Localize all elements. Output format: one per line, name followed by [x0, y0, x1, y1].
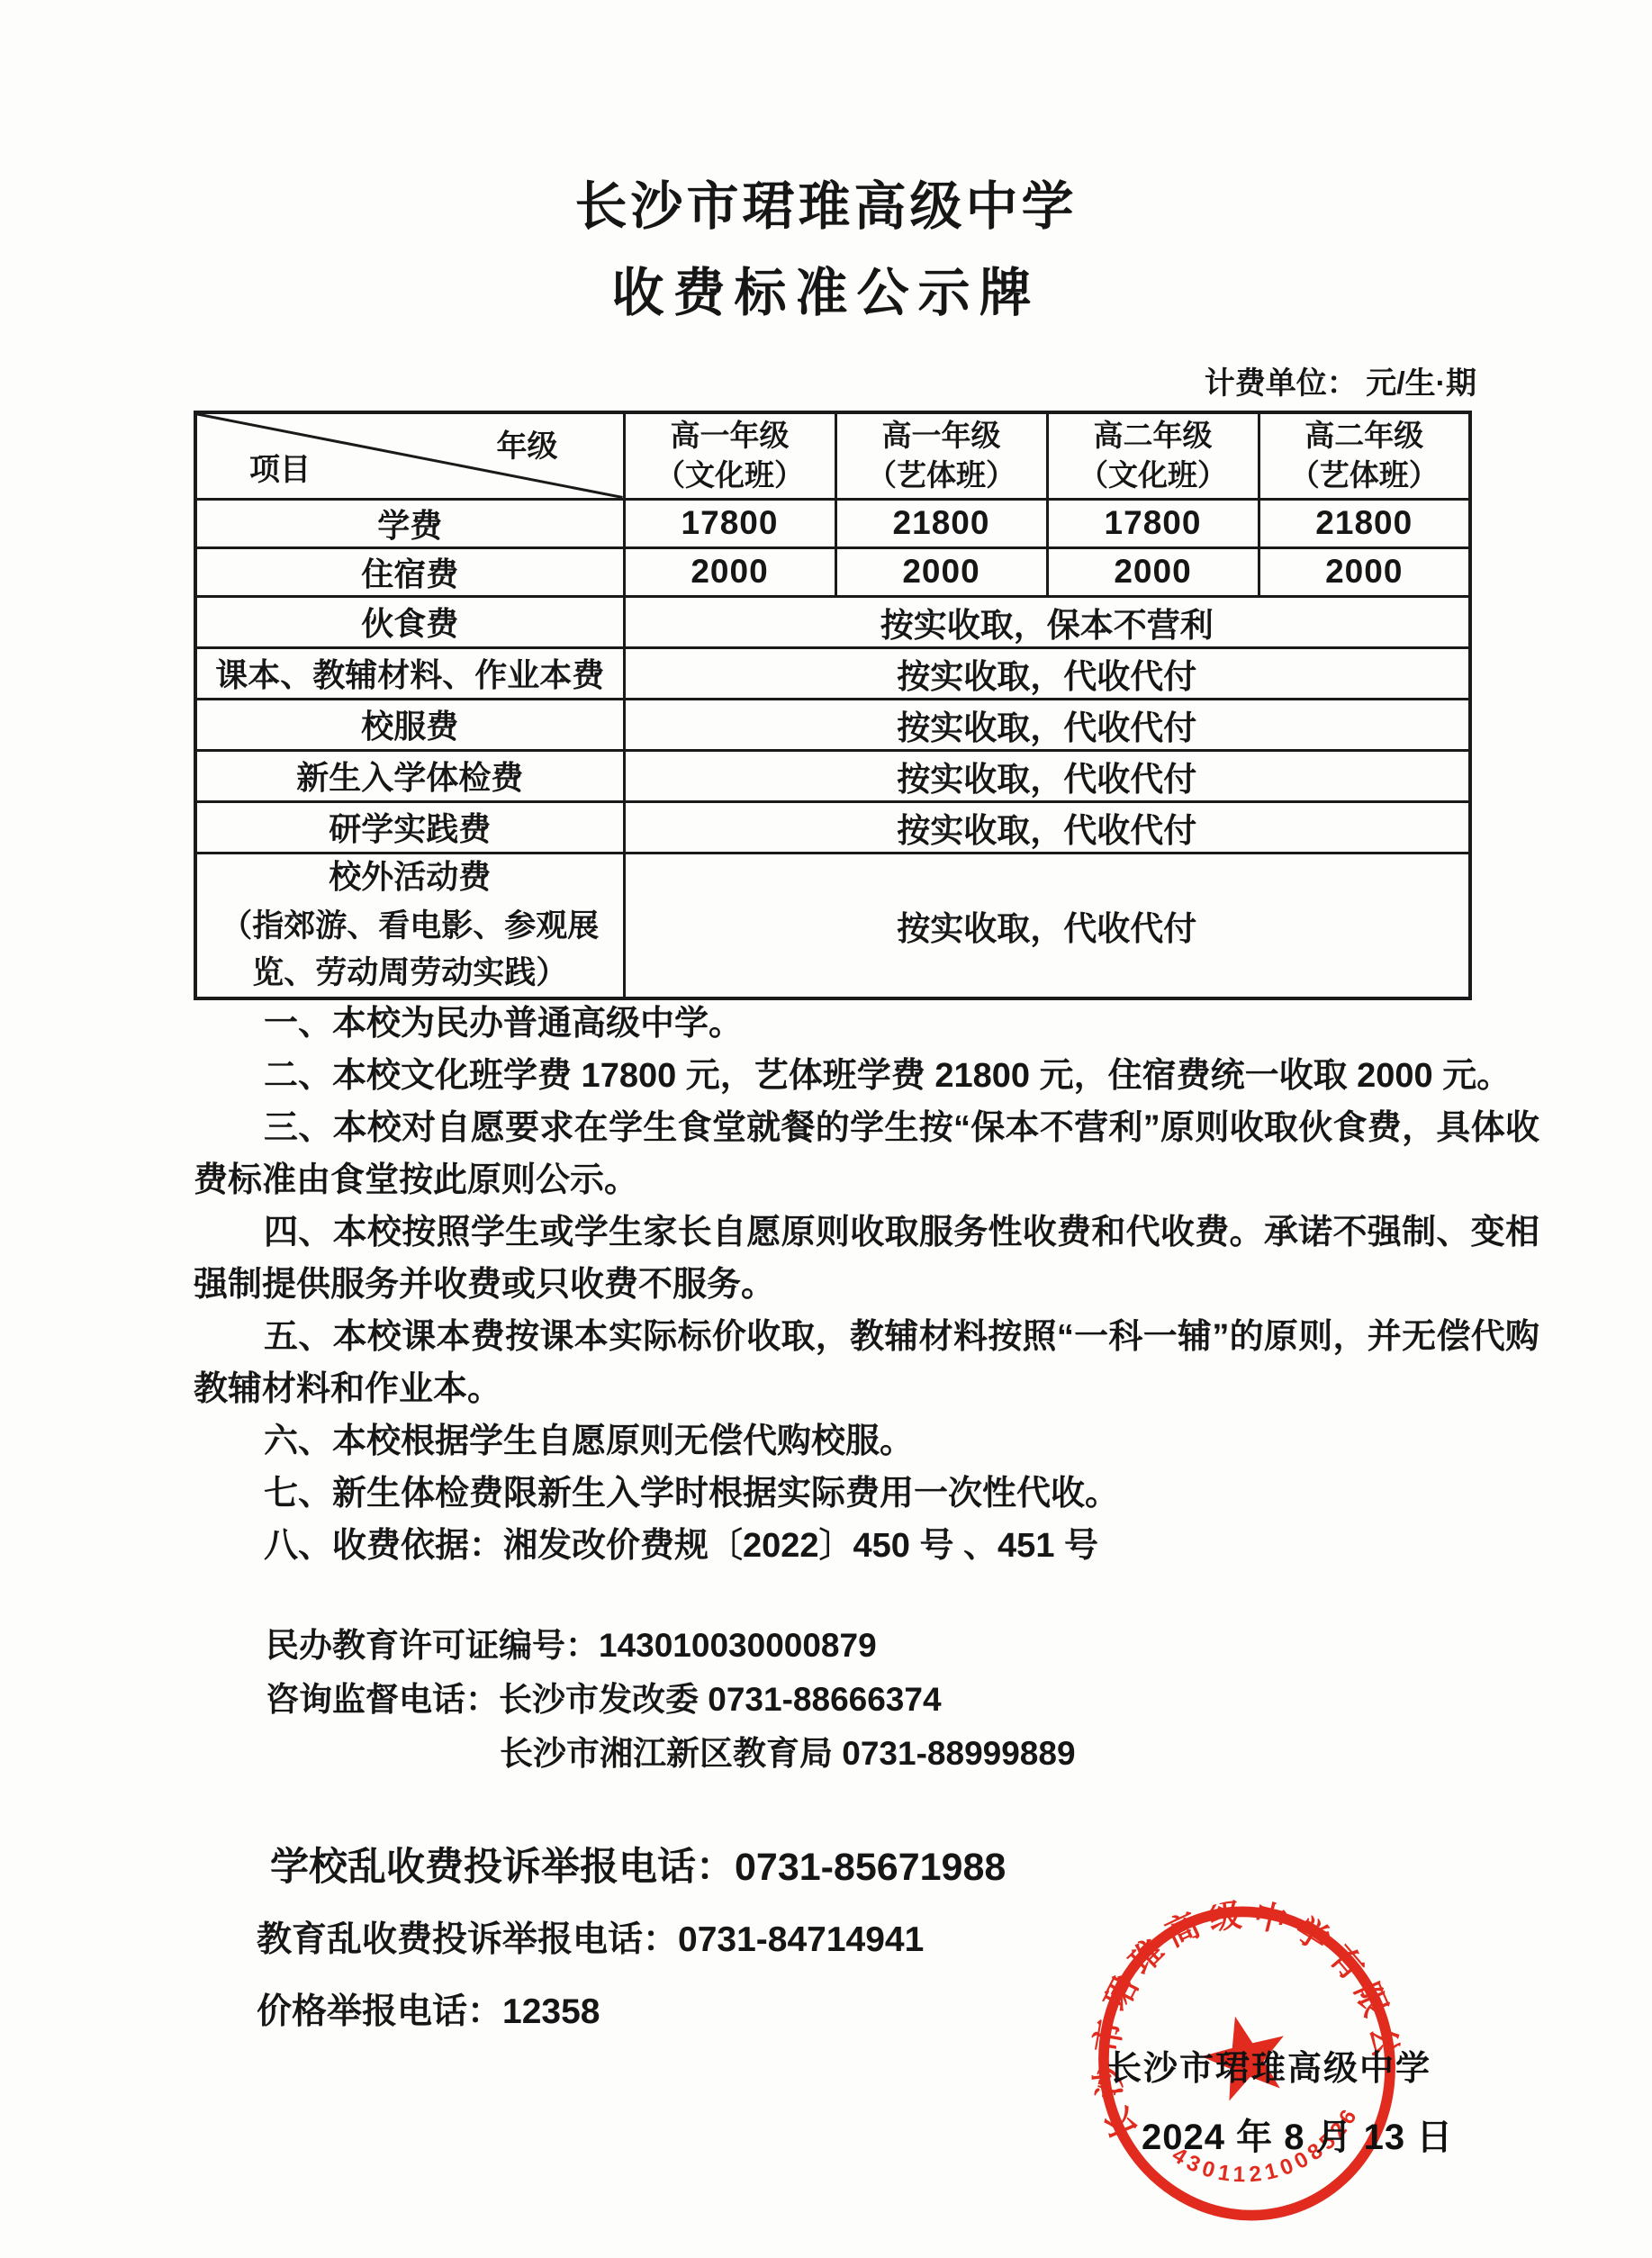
- table-row-meals: 伙食费 按实收取，保本不营利: [195, 596, 1470, 647]
- column-header: 高二年级 （文化班）: [1047, 412, 1259, 499]
- fee-value: 21800: [1259, 499, 1470, 547]
- row-label: 研学实践费: [195, 801, 624, 853]
- fee-table: 年级 项目 高一年级 （文化班） 高一年级 （艺体班） 高二年级 （文化班） 高…: [194, 411, 1472, 1000]
- note-item-1: 一、本校为民办普通高级中学。: [194, 998, 1539, 1050]
- column-header-line1: 高一年级: [629, 416, 831, 456]
- row-label-note: （指郊游、看电影、参观展览、劳动周劳动实践）: [201, 903, 619, 997]
- license-number-line: 民办教育许可证编号：143010030000879: [194, 1619, 1454, 1673]
- fee-value: 2000: [835, 547, 1047, 596]
- span-value: 按实收取，代收代付: [624, 801, 1470, 853]
- hotline-label: 学校乱收费投诉举报电话：: [270, 1846, 735, 1889]
- license-section: 民办教育许可证编号：143010030000879 咨询监督电话：长沙市发改委 …: [194, 1619, 1454, 1781]
- license-number-label: 民办教育许可证编号：: [266, 1627, 599, 1664]
- table-row-textbooks: 课本、教辅材料、作业本费 按实收取，代收代付: [195, 647, 1470, 699]
- column-header: 高二年级 （艺体班）: [1259, 412, 1470, 499]
- table-row-outside-activities: 校外活动费 （指郊游、看电影、参观展览、劳动周劳动实践） 按实收取，代收代付: [195, 853, 1470, 998]
- row-label: 校服费: [195, 699, 624, 750]
- hotline-number: 0731-84714941: [678, 1920, 924, 1959]
- fee-value: 2000: [1259, 547, 1470, 596]
- notes-section: 一、本校为民办普通高级中学。 二、本校文化班学费 17800 元，艺体班学费 2…: [194, 998, 1539, 1572]
- column-header-line2: （文化班）: [629, 456, 831, 495]
- fee-value: 17800: [624, 499, 835, 547]
- span-value: 按实收取，代收代付: [624, 647, 1470, 699]
- column-header-line2: （艺体班）: [1264, 456, 1466, 495]
- column-header-line2: （文化班）: [1052, 456, 1254, 495]
- price-report-hotline: 价格举报电话：12358: [194, 1983, 1184, 2034]
- span-value: 按实收取，代收代付: [624, 699, 1470, 750]
- hotlines-section: 学校乱收费投诉举报电话：0731-85671988 教育乱收费投诉举报电话：07…: [194, 1837, 1184, 2034]
- note-item-5: 五、本校课本费按课本实际标价收取，教辅材料按照“一科一辅”的原则，并无偿代购教辅…: [194, 1311, 1539, 1415]
- row-label-main: 校外活动费: [201, 854, 619, 899]
- column-header-line1: 高一年级: [841, 416, 1043, 456]
- column-header-line1: 高二年级: [1264, 416, 1466, 456]
- table-row-boarding: 住宿费 2000 2000 2000 2000: [195, 547, 1470, 596]
- school-complaint-hotline: 学校乱收费投诉举报电话：0731-85671988: [194, 1837, 1184, 1892]
- fee-value: 17800: [1047, 499, 1259, 547]
- table-row-study-practice: 研学实践费 按实收取，代收代付: [195, 801, 1470, 853]
- note-item-4: 四、本校按照学生或学生家长自愿原则收取服务性收费和代收费。承诺不强制、变相强制提…: [194, 1206, 1539, 1311]
- note-item-7: 七、新生体检费限新生入学时根据实际费用一次性代收。: [194, 1468, 1539, 1520]
- corner-item-label: 项目: [249, 445, 311, 489]
- note-item-2: 二、本校文化班学费 17800 元，艺体班学费 21800 元，住宿费统一收取 …: [194, 1050, 1539, 1102]
- billing-unit-note: 计费单位： 元/生·期: [1205, 358, 1476, 402]
- education-complaint-hotline: 教育乱收费投诉举报电话：0731-84714941: [194, 1911, 1184, 1962]
- row-label: 课本、教辅材料、作业本费: [195, 647, 624, 699]
- span-value: 按实收取，代收代付: [624, 853, 1470, 998]
- column-header: 高一年级 （文化班）: [624, 412, 835, 499]
- district-bureau-phone-line: 长沙市湘江新区教育局 0731-88999889: [194, 1727, 1454, 1781]
- school-name-title: 长沙市珺琟高级中学: [0, 164, 1652, 239]
- row-label: 伙食费: [195, 596, 624, 647]
- span-value: 按实收取，保本不营利: [624, 596, 1470, 647]
- fee-value: 2000: [1047, 547, 1259, 596]
- corner-header-cell: 年级 项目: [195, 412, 624, 499]
- row-label: 学费: [195, 499, 624, 547]
- notice-subtitle: 收费标准公示牌: [0, 250, 1652, 326]
- fee-value: 21800: [835, 499, 1047, 547]
- license-number-value: 143010030000879: [599, 1627, 877, 1664]
- seal-overlay-school-name: 长沙市珺琟高级中学: [1107, 2040, 1431, 2090]
- fee-value: 2000: [624, 547, 835, 596]
- hotline-label: 价格举报电话：: [257, 1992, 502, 2031]
- note-item-3: 三、本校对自愿要求在学生食堂就餐的学生按“保本不营利”原则收取伙食费，具体收费标…: [194, 1102, 1539, 1206]
- seal-overlay-date: 2024 年 8 月 13 日: [1142, 2109, 1453, 2160]
- hotline-label: 教育乱收费投诉举报电话：: [257, 1920, 678, 1959]
- hotline-number: 0731-85671988: [735, 1846, 1006, 1889]
- column-header-line2: （艺体班）: [841, 456, 1043, 495]
- row-label: 校外活动费 （指郊游、看电影、参观展览、劳动周劳动实践）: [195, 853, 624, 998]
- supervision-phone-line: 咨询监督电话：长沙市发改委 0731-88666374: [194, 1673, 1454, 1727]
- row-label: 住宿费: [195, 547, 624, 596]
- column-header-line1: 高二年级: [1052, 416, 1254, 456]
- table-row-tuition: 学费 17800 21800 17800 21800: [195, 499, 1470, 547]
- corner-grade-label: 年级: [497, 421, 558, 465]
- supervision-phone-label: 咨询监督电话：: [266, 1681, 499, 1718]
- note-item-8: 八、收费依据：湘发改价费规〔2022〕450 号 、451 号: [194, 1520, 1539, 1572]
- hotline-number: 12358: [502, 1992, 600, 2031]
- table-row-uniform: 校服费 按实收取，代收代付: [195, 699, 1470, 750]
- span-value: 按实收取，代收代付: [624, 750, 1470, 801]
- note-item-6: 六、本校根据学生自愿原则无偿代购校服。: [194, 1415, 1539, 1468]
- table-header-row: 年级 项目 高一年级 （文化班） 高一年级 （艺体班） 高二年级 （文化班） 高…: [195, 412, 1470, 499]
- fee-notice-document: 长沙市珺琟高级中学 收费标准公示牌 计费单位： 元/生·期 年级 项目 高一年级…: [0, 0, 1652, 2258]
- column-header: 高一年级 （艺体班）: [835, 412, 1047, 499]
- supervision-phone-value: 长沙市发改委 0731-88666374: [499, 1681, 942, 1718]
- row-label: 新生入学体检费: [195, 750, 624, 801]
- table-row-physical-exam: 新生入学体检费 按实收取，代收代付: [195, 750, 1470, 801]
